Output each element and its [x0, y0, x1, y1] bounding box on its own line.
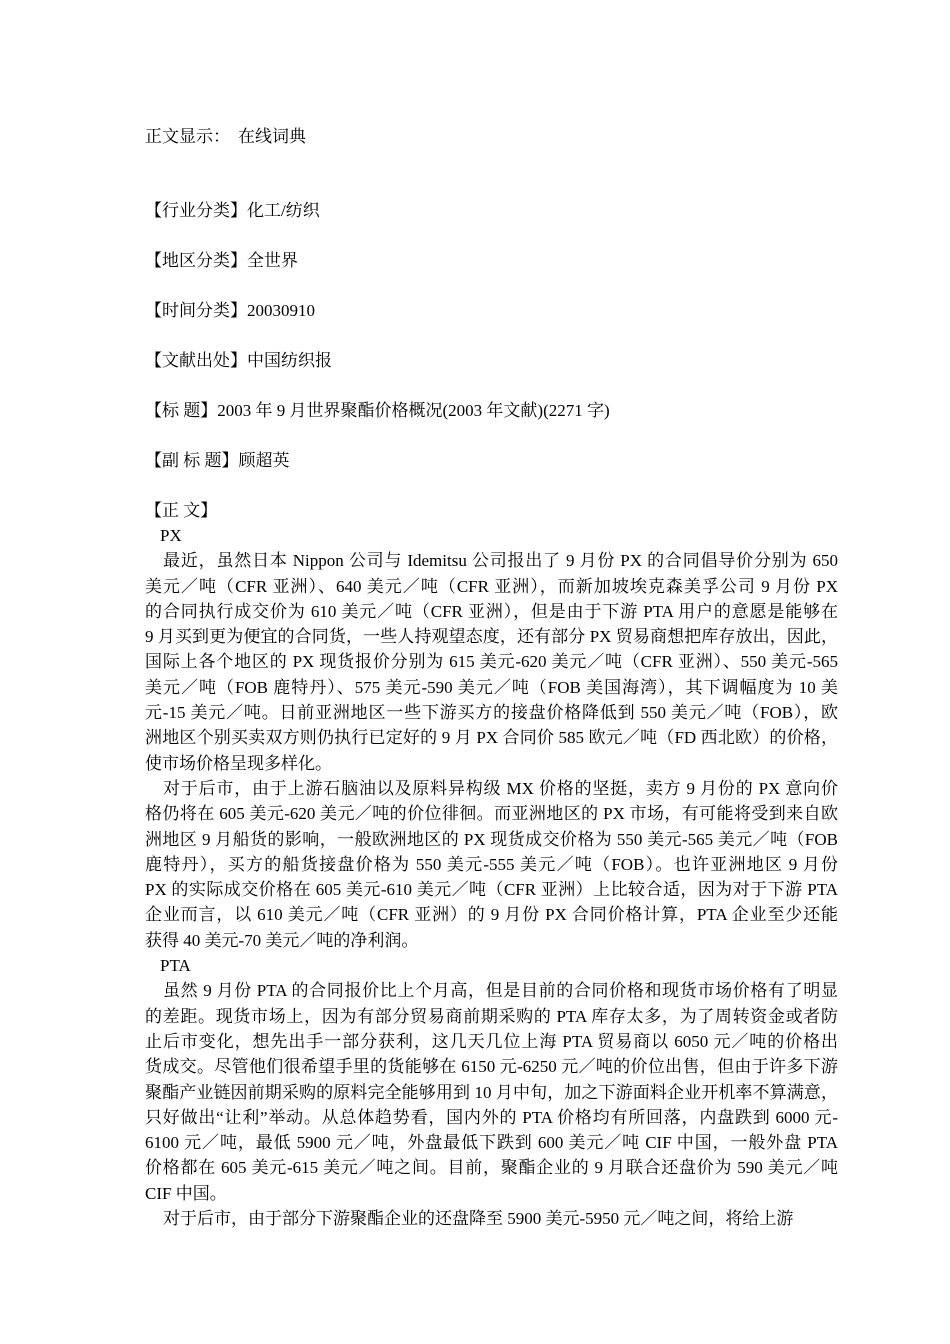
body-line: 元-15 美元／吨。日前亚洲地区一些下游买方的接盘价格降低到 550 美元／吨（… — [145, 700, 838, 725]
body-line: 止后市变化，想先出手一部分获利，这几天几位上海 PTA 贸易商以 6050 元／… — [145, 1029, 838, 1054]
body-line: 6100 元／吨，最低 5900 元／吨，外盘最低下跌到 600 美元／吨 CI… — [145, 1130, 838, 1155]
body-line: 获得 40 美元-70 美元／吨的净利润。 — [145, 928, 838, 953]
body-line: 虽然 9 月份 PTA 的合同报价比上个月高，但是目前的合同价格和现货市场价格有… — [145, 978, 838, 1003]
body-line: PX 的实际成交价格在 605 美元-610 美元／吨（CFR 亚洲）上比较合适… — [145, 877, 838, 902]
body-line: 的差距。现货市场上，因为有部分贸易商前期采购的 PTA 库存太多，为了周转资金或… — [145, 1004, 838, 1029]
metadata-block: 【行业分类】化工/纺织 【地区分类】全世界 【时间分类】20030910 【文献… — [145, 198, 838, 523]
body-line: 只好做出“让利”举动。从总体趋势看，国内外的 PTA 价格均有所回落，内盘跌到 … — [145, 1105, 838, 1130]
section-heading-px: PX — [145, 523, 838, 548]
section-heading-pta: PTA — [145, 953, 838, 978]
meta-title: 【标 题】2003 年 9 月世界聚酯价格概况(2003 年文献)(2271 字… — [145, 398, 838, 423]
body-line: 鹿特丹），买方的船货接盘价格为 550 美元-555 美元／吨（FOB）。也许亚… — [145, 852, 838, 877]
viewer-header: 正文显示：在线词典 — [145, 124, 838, 149]
body-line: 洲地区 9 月船货的影响，一般欧洲地区的 PX 现货成交价格为 550 美元-5… — [145, 827, 838, 852]
meta-source: 【文献出处】中国纺织报 — [145, 348, 838, 373]
body-line: 美元／吨（CFR 亚洲）、640 美元／吨（CFR 亚洲），而新加坡埃克森美孚公… — [145, 574, 838, 599]
body-line: 洲地区个别买卖双方则仍执行已定好的 9 月 PX 合同价 585 欧元／吨（FD… — [145, 725, 838, 750]
body-line: CIF 中国。 — [145, 1181, 838, 1206]
viewer-value: 在线词典 — [238, 127, 306, 146]
body-line: 9 月买到更为便宜的合同货，一些人持观望态度，还有部分 PX 贸易商想把库存放出… — [145, 624, 838, 649]
body-line: 聚酯产业链因前期采购的原料完全能够用到 10 月中旬，加之下游面料企业开机率不算… — [145, 1080, 838, 1105]
meta-region-category: 【地区分类】全世界 — [145, 248, 838, 273]
body-line: 对于后市，由于上游石脑油以及原料异构级 MX 价格的坚挺，卖方 9 月份的 PX… — [145, 776, 838, 801]
body-line: 美元／吨（FOB 鹿特丹）、575 美元-590 美元／吨（FOB 美国海湾），… — [145, 675, 838, 700]
body-line: 格仍将在 605 美元-620 美元／吨的价位徘徊。而亚洲地区的 PX 市场，有… — [145, 801, 838, 826]
document-page: 正文显示：在线词典 【行业分类】化工/纺织 【地区分类】全世界 【时间分类】20… — [0, 0, 950, 1344]
body-line: 价格都在 605 美元-615 美元／吨之间。目前，聚酯企业的 9 月联合还盘价… — [145, 1155, 838, 1180]
meta-subtitle: 【副 标 题】顾超英 — [145, 448, 838, 473]
body-line: 的合同执行成交价为 610 美元／吨（CFR 亚洲），但是由于下游 PTA 用户… — [145, 599, 838, 624]
meta-body-marker: 【正 文】 — [145, 498, 838, 523]
body-line: 使市场价格呈现多样化。 — [145, 751, 838, 776]
viewer-label: 正文显示： — [145, 127, 230, 146]
document-content: 正文显示：在线词典 【行业分类】化工/纺织 【地区分类】全世界 【时间分类】20… — [145, 124, 838, 1231]
body-line: 企业而言，以 610 美元／吨（CFR 亚洲）的 9 月份 PX 合同价格计算，… — [145, 902, 838, 927]
body-line: 对于后市，由于部分下游聚酯企业的还盘降至 5900 美元-5950 元／吨之间，… — [145, 1206, 838, 1231]
body-line: 货成交。尽管他们很希望手里的货能够在 6150 元-6250 元／吨的价位出售，… — [145, 1054, 838, 1079]
meta-industry-category: 【行业分类】化工/纺织 — [145, 198, 838, 223]
body-line: 国际上各个地区的 PX 现货报价分别为 615 美元-620 美元／吨（CFR … — [145, 649, 838, 674]
body-line: 最近，虽然日本 Nippon 公司与 Idemitsu 公司报出了 9 月份 P… — [145, 548, 838, 573]
meta-date-category: 【时间分类】20030910 — [145, 298, 838, 323]
article-body: PX 最近，虽然日本 Nippon 公司与 Idemitsu 公司报出了 9 月… — [145, 523, 838, 1231]
